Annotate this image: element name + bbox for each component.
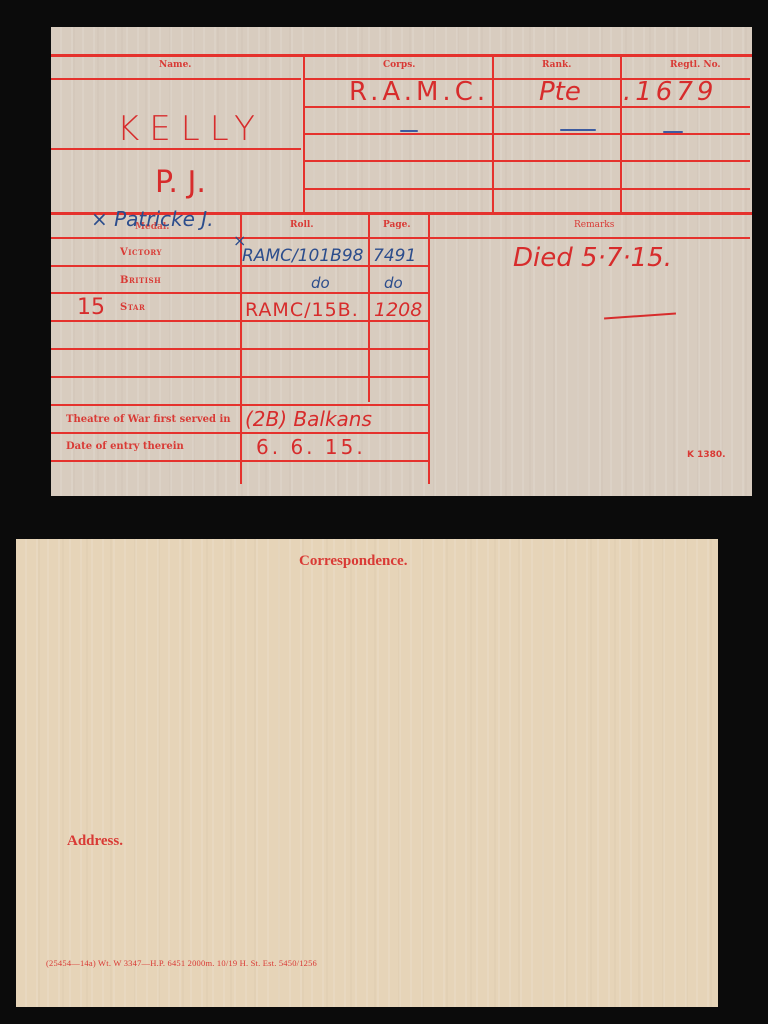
header-page: Page. [383, 220, 411, 230]
remarks-underline [604, 312, 676, 319]
medal-index-card-back: Correspondence. Address. [16, 539, 718, 1007]
star-roll: RAMC/15B. [245, 299, 359, 321]
rule [51, 404, 428, 406]
medal-label-star: Star [120, 302, 145, 313]
date-entry-handwritten: 6. 6. 15. [256, 435, 366, 459]
british-roll: do [311, 274, 330, 292]
rule [305, 160, 750, 162]
victory-page: 7491 [373, 246, 416, 266]
theatre-handwritten: (2B) Balkans [245, 407, 372, 431]
initials-handwritten: P. J. [155, 165, 206, 200]
header-roll: Roll. [290, 220, 313, 230]
header-rank: Rank. [542, 60, 571, 70]
regtl-no-handwritten: .1679 [623, 77, 717, 107]
surname-handwritten: KELLY [117, 109, 265, 149]
british-page: do [384, 274, 403, 292]
corps-handwritten: R.A.M.C. [349, 77, 489, 107]
rank-handwritten: Pte [539, 77, 581, 107]
forename-note-handwritten: × Patricke J. [91, 207, 214, 231]
header-regtl-no: Regtl. No. [670, 60, 721, 70]
rule [428, 214, 430, 484]
star-prefix-handwritten: 15 [77, 295, 105, 320]
rule [51, 348, 428, 350]
rule [51, 292, 428, 294]
print-code: (25454—14a) Wt. W 3347—H.P. 6451 2000m. … [46, 958, 317, 968]
medal-label-british: British [120, 275, 161, 286]
star-page: 1208 [374, 299, 422, 321]
rule [305, 133, 750, 135]
theatre-label: Theatre of War first served in [66, 414, 231, 425]
header-remarks: Remarks [574, 220, 614, 230]
date-entry-label: Date of entry therein [66, 441, 184, 452]
corps-dash [400, 130, 418, 132]
form-code: K 1380. [687, 450, 726, 460]
rule [430, 237, 750, 239]
medal-label-victory: Victory [120, 247, 162, 258]
rule [368, 214, 370, 402]
regtl-dash [663, 131, 683, 133]
correspondence-title: Correspondence. [299, 553, 407, 570]
rule [305, 188, 750, 190]
header-corps: Corps. [383, 60, 415, 70]
address-label: Address. [67, 833, 123, 850]
medal-index-card-front: Name. Corps. Rank. Regtl. No. KELLY P. J… [51, 27, 752, 496]
remarks-handwritten: Died 5·7·15. [513, 243, 672, 273]
rule [51, 265, 428, 267]
rule [51, 78, 301, 80]
victory-roll: RAMC/101B98 [242, 246, 363, 266]
rank-dash [560, 129, 596, 131]
rule [51, 432, 428, 434]
header-name: Name. [159, 60, 191, 70]
rule [51, 54, 752, 57]
rule [51, 320, 428, 322]
rule [51, 460, 428, 462]
rule [51, 376, 428, 378]
